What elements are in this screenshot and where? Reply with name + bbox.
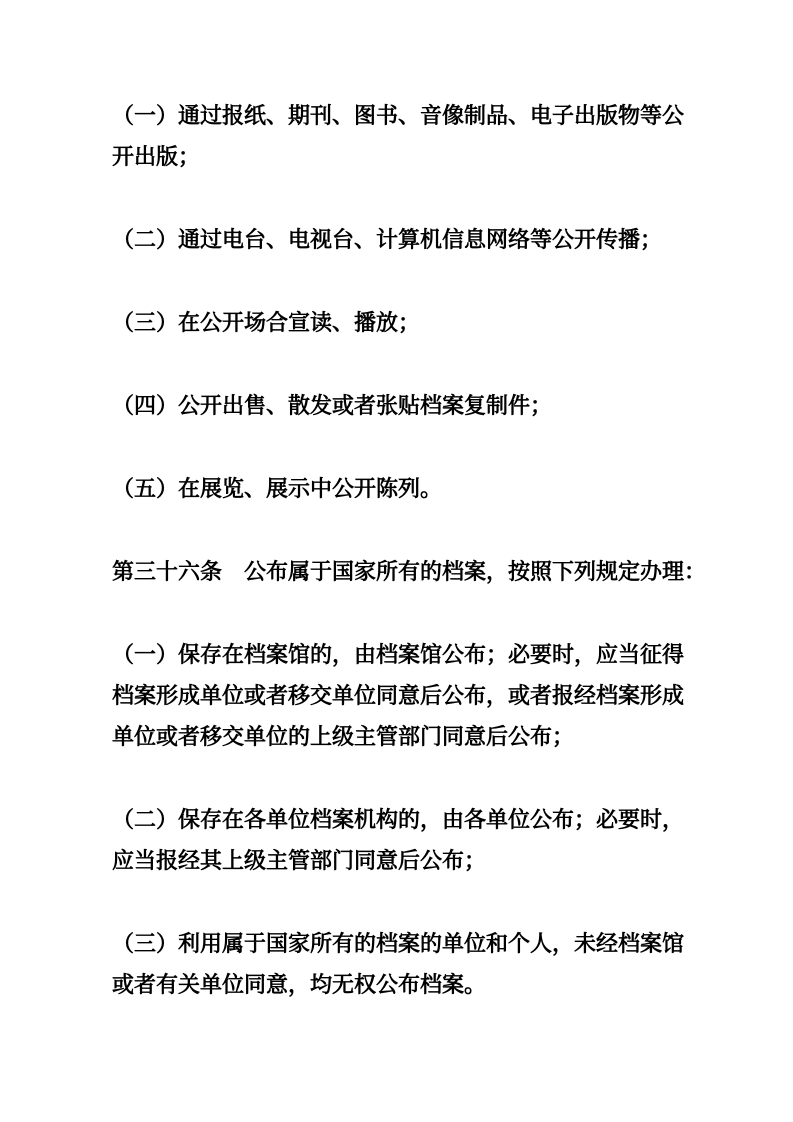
article-36-heading: 第三十六条 公布属于国家所有的档案，按照下列规定办理： [112,551,793,592]
item-publish-3: （三）在公开场合宣读、播放； [112,302,793,343]
item-publish-1: （一）通过报纸、期刊、图书、音像制品、电子出版物等公 开出版； [112,95,793,177]
article-36-item-1: （一）保存在档案馆的，由档案馆公布；必要时，应当征得 档案形成单位或者移交单位同… [112,634,793,757]
article-36-item-3: （三）利用属于国家所有的档案的单位和个人，未经档案馆 或者有关单位同意，均无权公… [112,923,793,1005]
document-page: （一）通过报纸、期刊、图书、音像制品、电子出版物等公 开出版； （二）通过电台、… [0,0,793,1122]
item-publish-5: （五）在展览、展示中公开陈列。 [112,468,793,509]
item-publish-2: （二）通过电台、电视台、计算机信息网络等公开传播； [112,219,793,260]
article-36-item-2: （二）保存在各单位档案机构的，由各单位公布；必要时， 应当报经其上级主管部门同意… [112,799,793,881]
item-publish-4: （四）公开出售、散发或者张贴档案复制件； [112,385,793,426]
